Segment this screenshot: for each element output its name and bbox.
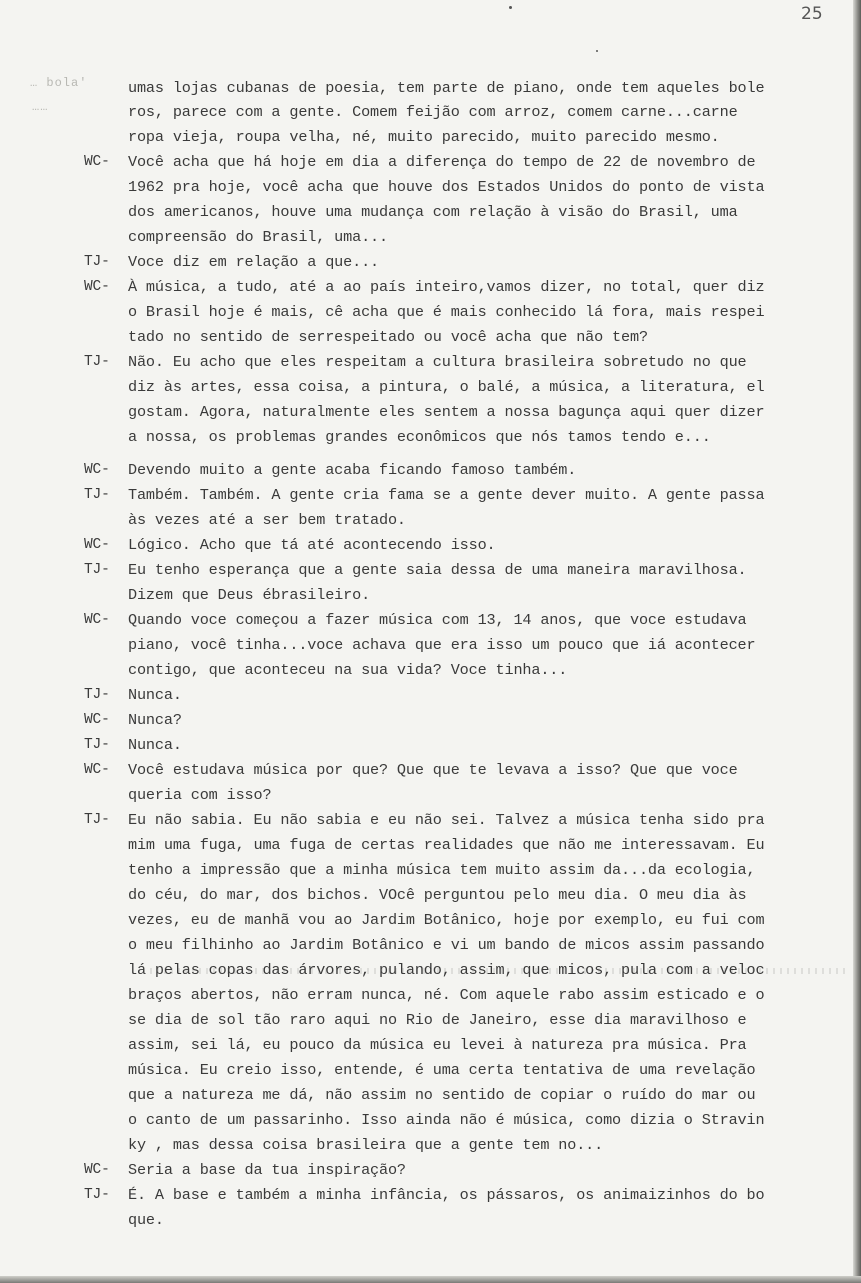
line-text: gostam. Agora, naturalmente eles sentem … — [128, 400, 858, 424]
line-text: contigo, que aconteceu na sua vida? Voce… — [128, 658, 858, 682]
line-text: do céu, do mar, dos bichos. VOcê pergunt… — [128, 883, 858, 907]
speaker-label: TJ- — [84, 483, 128, 507]
faded-margin-note: … bola' — [30, 76, 87, 90]
faded-margin-note: …… — [32, 100, 48, 114]
line-text: ros, parece com a gente. Comem feijão co… — [128, 100, 858, 124]
line-text: Você acha que há hoje em dia a diferença… — [128, 150, 858, 174]
line-text: dos americanos, houve uma mudança com re… — [128, 200, 858, 224]
page-number: 25 — [801, 4, 823, 24]
speaker-label: TJ- — [84, 350, 128, 374]
line-text: assim, sei lá, eu pouco da música eu lev… — [128, 1033, 858, 1057]
line-text: É. A base e também a minha infância, os … — [128, 1183, 858, 1207]
line-text: ropa vieja, roupa velha, né, muito parec… — [128, 125, 858, 149]
speaker-label: WC- — [84, 608, 128, 632]
line-text: às vezes até a ser bem tratado. — [128, 508, 858, 532]
speaker-label: WC- — [84, 150, 128, 174]
line-text: piano, você tinha...voce achava que era … — [128, 633, 858, 657]
ink-speck — [509, 6, 512, 9]
speaker-label: TJ- — [84, 683, 128, 707]
line-text: vezes, eu de manhã vou ao Jardim Botânic… — [128, 908, 858, 932]
line-text: queria com isso? — [128, 783, 858, 807]
line-text: tado no sentido de serrespeitado ou você… — [128, 325, 858, 349]
line-text: que. — [128, 1208, 858, 1232]
line-text: Eu não sabia. Eu não sabia e eu não sei.… — [128, 808, 858, 832]
line-text: ky , mas dessa coisa brasileira que a ge… — [128, 1133, 858, 1157]
line-text: Nunca? — [128, 708, 858, 732]
line-text: Também. Também. A gente cria fama se a g… — [128, 483, 858, 507]
speaker-label: WC- — [84, 758, 128, 782]
line-text: Devendo muito a gente acaba ficando famo… — [128, 458, 858, 482]
speaker-label: WC- — [84, 275, 128, 299]
line-text: Voce diz em relação a que... — [128, 250, 858, 274]
speaker-label: WC- — [84, 1158, 128, 1182]
line-text: Não. Eu acho que eles respeitam a cultur… — [128, 350, 858, 374]
line-text: 1962 pra hoje, você acha que houve dos E… — [128, 175, 858, 199]
line-text: Seria a base da tua inspiração? — [128, 1158, 858, 1182]
page-bottom-edge — [0, 1276, 861, 1283]
speaker-label: WC- — [84, 533, 128, 557]
line-text: o Brasil hoje é mais, cê acha que é mais… — [128, 300, 858, 324]
speaker-label: TJ- — [84, 1183, 128, 1207]
line-text: braços abertos, não erram nunca, né. Com… — [128, 983, 858, 1007]
line-text: se dia de sol tão raro aqui no Rio de Ja… — [128, 1008, 858, 1032]
line-text: À música, a tudo, até a ao país inteiro,… — [128, 275, 858, 299]
line-text: Lógico. Acho que tá até acontecendo isso… — [128, 533, 858, 557]
line-text: mim uma fuga, uma fuga de certas realida… — [128, 833, 858, 857]
line-text: Dizem que Deus ébrasileiro. — [128, 583, 858, 607]
speaker-label: TJ- — [84, 733, 128, 757]
line-text: lá pelas copas das árvores, pulando, ass… — [128, 958, 858, 982]
line-text: a nossa, os problemas grandes econômicos… — [128, 425, 858, 449]
speaker-label: WC- — [84, 708, 128, 732]
line-text: o meu filhinho ao Jardim Botânico e vi u… — [128, 933, 858, 957]
line-text: Nunca. — [128, 683, 858, 707]
line-text: umas lojas cubanas de poesia, tem parte … — [128, 76, 858, 100]
line-text: tenho a impressão que a minha música tem… — [128, 858, 858, 882]
ink-speck — [596, 50, 598, 52]
line-text: compreensão do Brasil, uma... — [128, 225, 858, 249]
line-text: Eu tenho esperança que a gente saia dess… — [128, 558, 858, 582]
line-text: música. Eu creio isso, entende, é uma ce… — [128, 1058, 858, 1082]
line-text: que a natureza me dá, não assim no senti… — [128, 1083, 858, 1107]
speaker-label: TJ- — [84, 808, 128, 832]
line-text: diz às artes, essa coisa, a pintura, o b… — [128, 375, 858, 399]
speaker-label: TJ- — [84, 250, 128, 274]
speaker-label: TJ- — [84, 558, 128, 582]
line-text: Nunca. — [128, 733, 858, 757]
line-text: o canto de um passarinho. Isso ainda não… — [128, 1108, 858, 1132]
line-text: Você estudava música por que? Que que te… — [128, 758, 858, 782]
line-text: Quando voce começou a fazer música com 1… — [128, 608, 858, 632]
speaker-label: WC- — [84, 458, 128, 482]
